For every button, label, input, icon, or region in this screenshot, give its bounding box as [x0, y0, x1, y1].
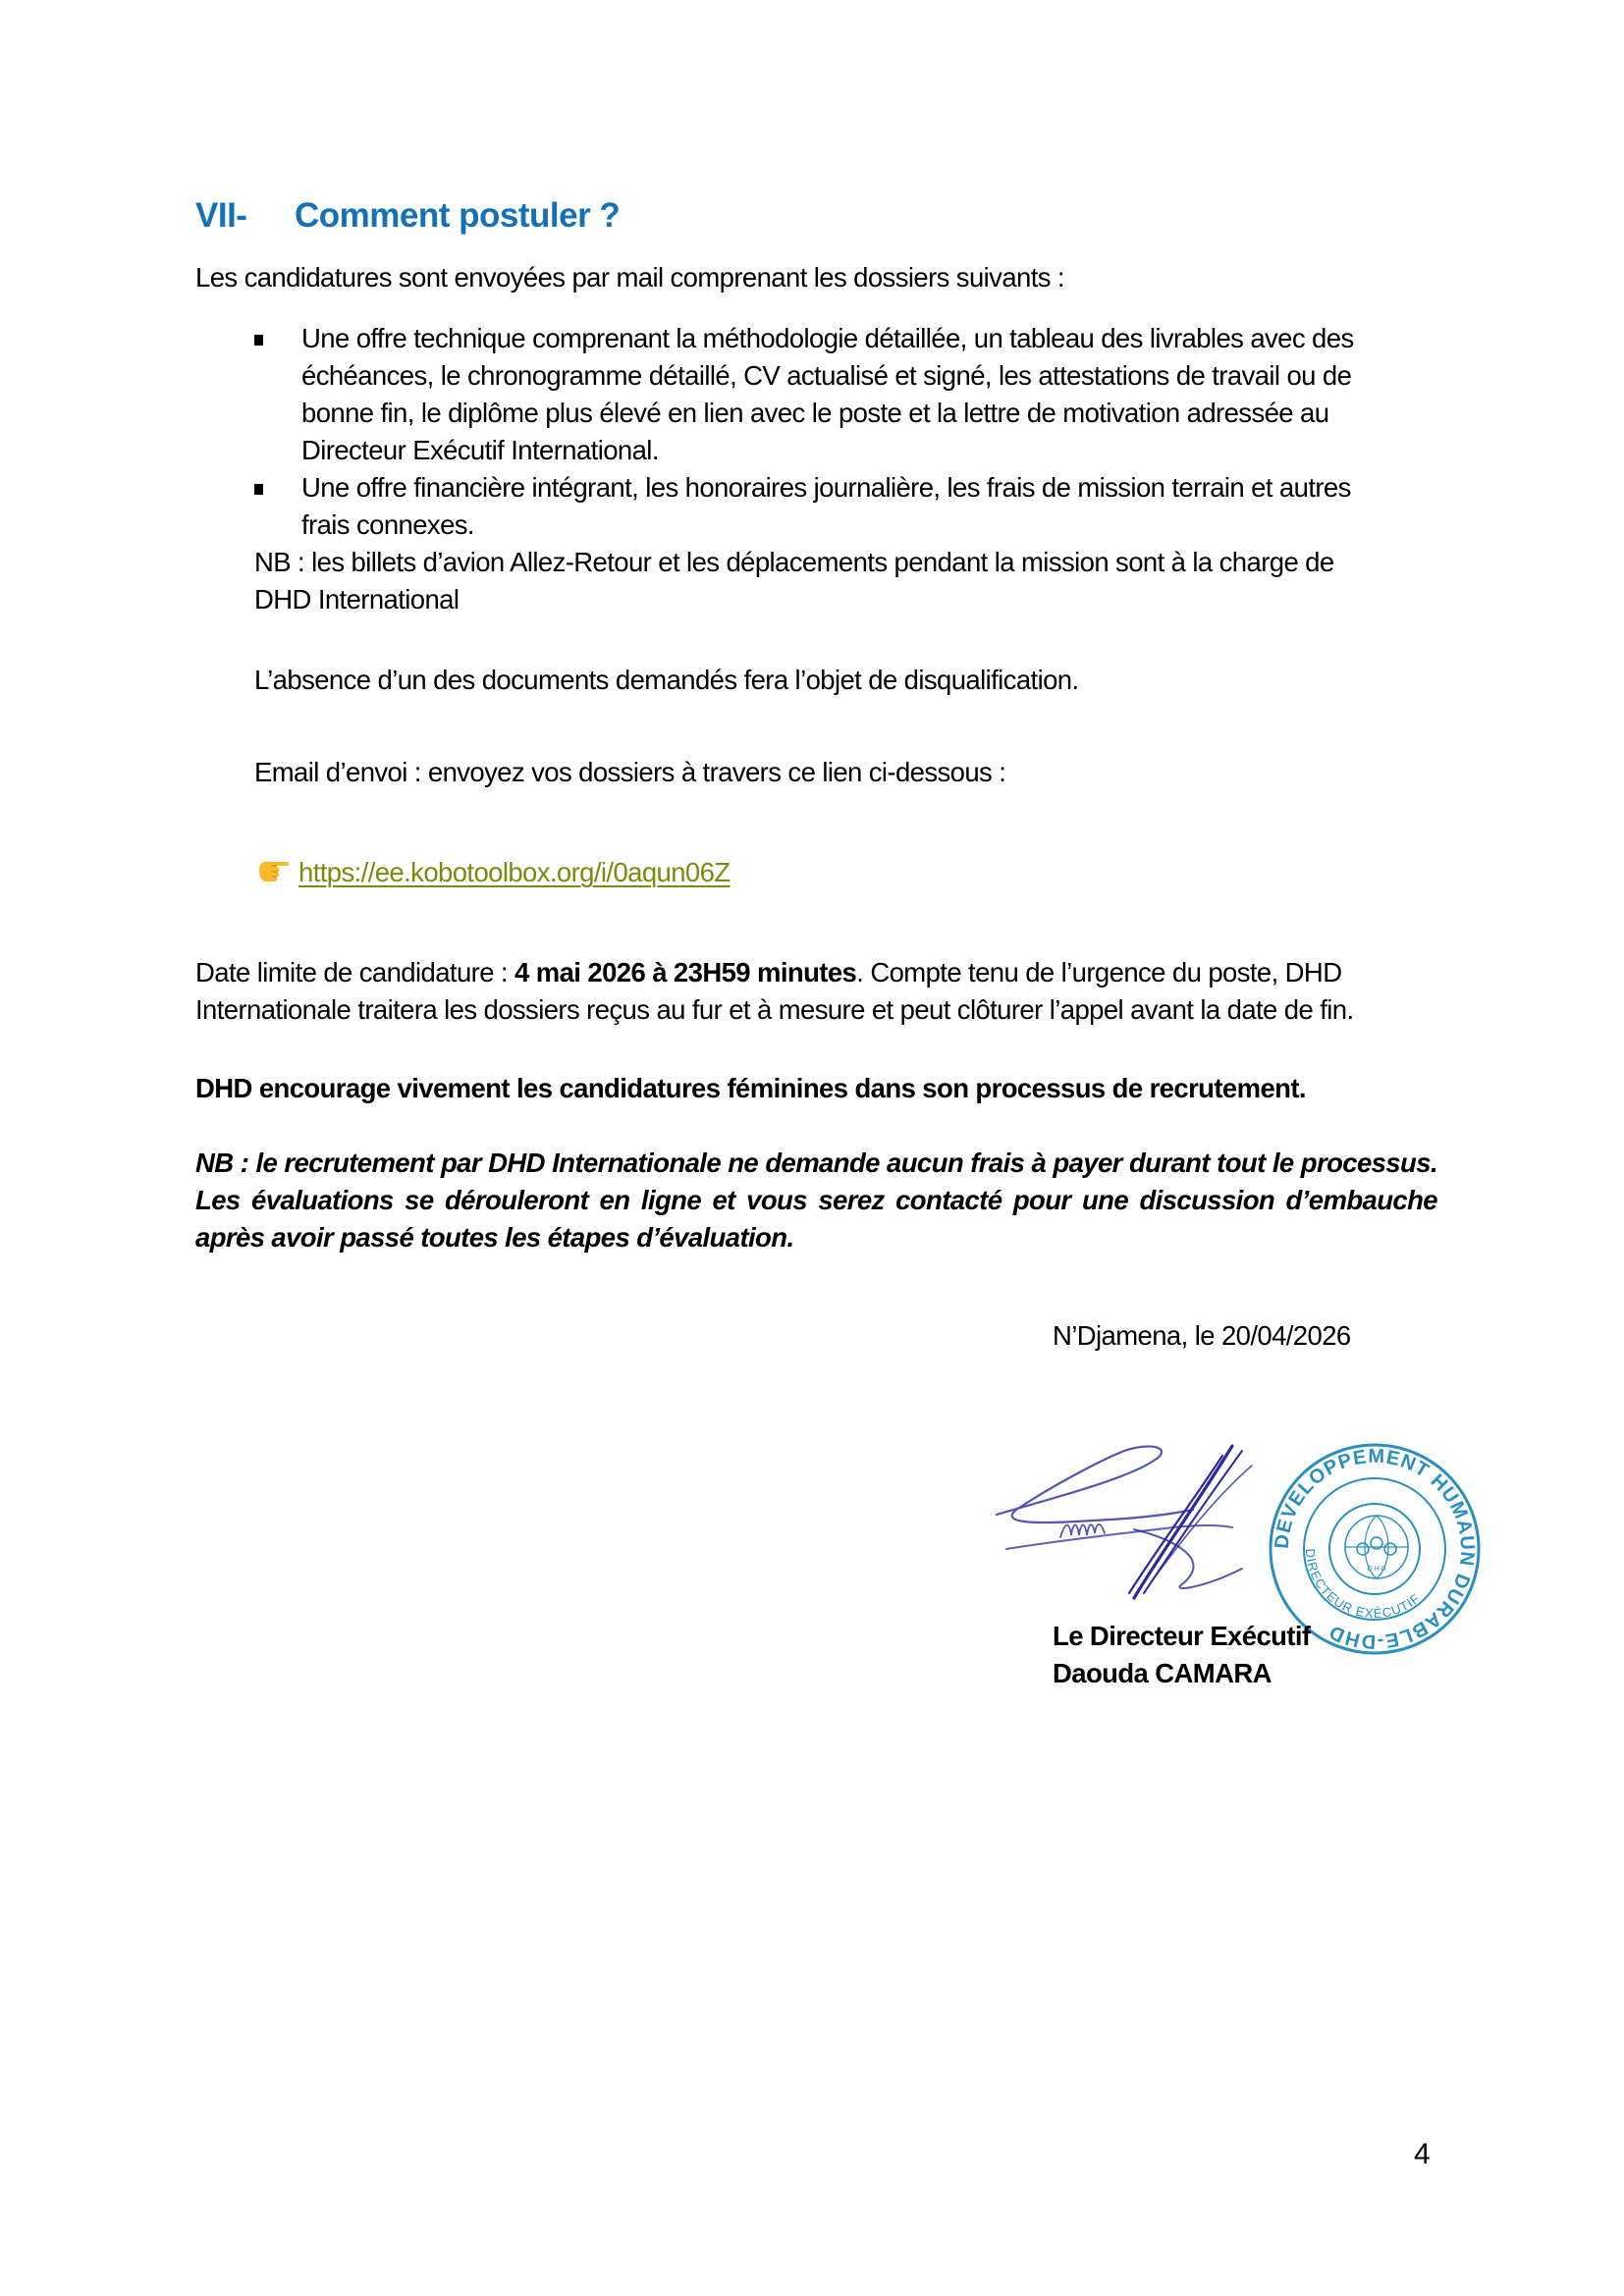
- pointing-hand-icon: [257, 856, 291, 893]
- page-number: 4: [1414, 2138, 1431, 2171]
- nb-fees-notice: NB : le recrutement par DHD Internationa…: [195, 1145, 1437, 1256]
- bullet-line: bonne fin, le diplôme plus élevé en lien…: [301, 395, 1328, 432]
- email-instruction: Email d’envoi : envoyez vos dossiers à t…: [254, 754, 1005, 791]
- application-link-row: https://ee.kobotoolbox.org/i/0aqun06Z: [257, 854, 731, 893]
- encouragement-statement: DHD encourage vivement les candidatures …: [195, 1070, 1306, 1107]
- section-number: VII-: [195, 196, 295, 236]
- document-page: VII-Comment postuler ? Les candidatures …: [0, 0, 1624, 2296]
- svg-text:D H D: D H D: [1367, 1566, 1385, 1573]
- bullet-line: Une offre financière intégrant, les hono…: [301, 469, 1351, 507]
- section-heading: VII-Comment postuler ?: [195, 196, 620, 236]
- signatory-role: Le Directeur Exécutif: [1053, 1618, 1311, 1655]
- deadline-date: 4 mai 2026 à 23H59 minutes: [514, 957, 856, 988]
- signatory-name: Daouda CAMARA: [1053, 1655, 1272, 1692]
- intro-text: Les candidatures sont envoyées par mail …: [195, 259, 1064, 296]
- bullet-marker: [254, 484, 263, 495]
- bullet-marker: [254, 335, 263, 346]
- bullet-line: échéances, le chronogramme détaillé, CV …: [301, 357, 1351, 395]
- bullet-line: frais connexes.: [301, 507, 474, 544]
- nb-travel-line: NB : les billets d’avion Allez-Retour et…: [254, 544, 1334, 581]
- place-date: N’Djamena, le 20/04/2026: [1053, 1317, 1351, 1355]
- application-link[interactable]: https://ee.kobotoolbox.org/i/0aqun06Z: [298, 857, 731, 887]
- bullet-line: Une offre technique comprenant la méthod…: [301, 320, 1354, 357]
- signature-image: [987, 1431, 1311, 1647]
- deadline-suffix: . Compte tenu de l’urgence du poste, DHD: [856, 957, 1341, 988]
- deadline-prefix: Date limite de candidature :: [195, 957, 514, 988]
- nb-travel-line: DHD International: [254, 581, 459, 618]
- absence-notice: L’absence d’un des documents demandés fe…: [254, 662, 1079, 699]
- deadline-line-1: Date limite de candidature : 4 mai 2026 …: [195, 954, 1341, 991]
- section-title: Comment postuler ?: [295, 196, 620, 235]
- bullet-line: Directeur Exécutif International.: [301, 432, 659, 469]
- deadline-line-2: Internationale traitera les dossiers reç…: [195, 991, 1354, 1029]
